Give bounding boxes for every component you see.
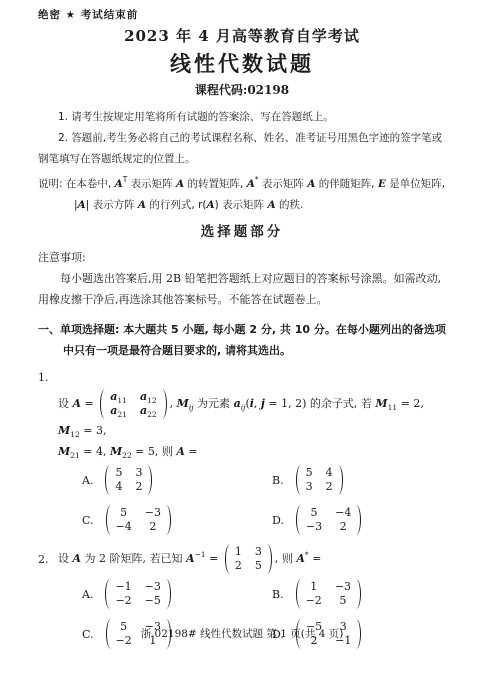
- right-paren: [147, 465, 152, 495]
- math-token: 12: [70, 430, 80, 439]
- question-1-statement-cont: M21 = 4, M22 = 5, 则 A =: [58, 441, 446, 462]
- instruction-item-1: 1. 请考生按规定用笔将所有试题的答案涂、写在答题纸上。: [38, 107, 446, 128]
- math-token: ,: [170, 397, 177, 410]
- matrix-cell: 1: [235, 545, 242, 559]
- note-content: 在本卷中, AT 表示矩阵 A 的转置矩阵, A* 表示矩阵 A 的伴随矩阵, …: [66, 178, 445, 211]
- matrix-cell: 3: [135, 466, 142, 480]
- note-label: 说明:: [38, 178, 66, 190]
- matrix-cell: a12: [140, 390, 157, 404]
- option-matrix: 5432: [293, 464, 346, 496]
- matrix-cells: a11a12a21a22: [105, 388, 161, 420]
- matrix-cells: −1−3−2−5: [110, 578, 165, 610]
- right-paren: [166, 505, 171, 535]
- security-label: 绝密 ★ 考试结束前: [38, 8, 446, 23]
- math-token: =: [81, 397, 97, 410]
- right-paren: [338, 465, 343, 495]
- matrix-cells: 5342: [110, 464, 147, 496]
- matrix-cell: −1: [115, 580, 131, 594]
- question-1-option-a: A.5342: [82, 464, 272, 496]
- matrix-cell: 2: [235, 559, 242, 573]
- math-token: A: [73, 552, 82, 565]
- question-2-statement-text: 设 A 为 2 阶矩阵, 若已知 A−1 = 1325, 则 A* =: [58, 543, 321, 575]
- math-token: 设: [58, 552, 73, 565]
- right-paren: [166, 579, 171, 609]
- matrix: 5−4−32: [296, 504, 361, 536]
- option-matrix: 5−3−42: [103, 504, 174, 536]
- right-paren: [356, 505, 361, 535]
- math-token: A: [207, 199, 215, 211]
- matrix-cell: −5: [145, 594, 161, 608]
- math-token: | 表示方阵: [86, 199, 138, 211]
- matrix-cell: 4: [326, 466, 333, 480]
- math-token: = 3,: [80, 424, 107, 437]
- math-token: A: [138, 199, 146, 211]
- math-token: −1: [195, 550, 206, 559]
- question-1-statement: 1.设 A = a11a12a21a22, Mij 为元素 aij(i, j =…: [58, 367, 446, 441]
- matrix: 1325: [225, 543, 272, 575]
- matrix-cell: −3: [335, 580, 351, 594]
- right-paren: [162, 389, 167, 419]
- question-2-number: 2.: [38, 549, 58, 570]
- math-token: =: [185, 445, 198, 458]
- math-token: 21: [70, 451, 80, 460]
- section-title: 选择题部分: [38, 222, 446, 242]
- math-token: A: [296, 552, 305, 565]
- option-label: A.: [82, 470, 93, 491]
- math-token: M: [375, 397, 387, 410]
- option-label: A.: [82, 584, 93, 605]
- math-token: , 则: [275, 552, 297, 565]
- matrix-cell: 3: [255, 545, 262, 559]
- matrix-cell: 3: [306, 480, 313, 494]
- math-token: 在本卷中,: [66, 178, 115, 190]
- right-paren: [356, 579, 361, 609]
- math-token: 22: [147, 410, 157, 419]
- question-1: 1.设 A = a11a12a21a22, Mij 为元素 aij(i, j =…: [38, 367, 446, 536]
- matrix-cell: a11: [110, 390, 127, 404]
- matrix-cell: 5: [115, 466, 122, 480]
- math-token: A: [115, 178, 123, 190]
- matrix: −1−3−2−5: [105, 578, 170, 610]
- question-1-option-b: B.5432: [272, 464, 446, 496]
- math-token: M: [58, 424, 70, 437]
- matrix-cell: 2: [135, 480, 142, 494]
- math-token: 的转置矩阵,: [184, 178, 247, 190]
- matrix-cell: 2: [326, 480, 333, 494]
- option-matrix: 1−3−25: [293, 578, 364, 610]
- matrix-cell: 5: [306, 506, 322, 520]
- math-token: A: [176, 445, 185, 458]
- math-token: 表示矩阵: [259, 178, 308, 190]
- math-token: 22: [122, 451, 132, 460]
- matrix-cell: −3: [306, 520, 322, 534]
- math-token: 为 2 阶矩阵, 若已知: [81, 552, 186, 565]
- math-token: M: [177, 397, 189, 410]
- math-token: = 4,: [80, 445, 110, 458]
- question-2-option-a: A.−1−3−2−5: [82, 578, 272, 610]
- question-1-option-d: D.5−4−32: [272, 504, 446, 536]
- notice-body: 每小题选出答案后,用 2B 铅笔把答题纸上对应题目的答案标号涂黑。如需改动,用橡…: [38, 268, 446, 310]
- course-code: 课程代码:02198: [38, 81, 446, 99]
- math-token: 为元素: [194, 397, 234, 410]
- matrix-cell: −2: [306, 594, 322, 608]
- matrix-cell: 5: [255, 559, 262, 573]
- page-footer: 浙 02198# 线性代数试题 第 1 页(共 4 页): [0, 626, 484, 642]
- matrix-cell: 5: [116, 506, 132, 520]
- matrix-cell: −2: [115, 594, 131, 608]
- option-label: B.: [272, 470, 284, 491]
- matrix-cell: −4: [335, 506, 351, 520]
- part1-heading: 一、单项选择题: 本大题共 5 小题, 每小题 2 分, 共 10 分。在每小题…: [38, 320, 446, 361]
- math-token: A: [73, 397, 82, 410]
- math-token: ) 表示矩阵: [215, 199, 268, 211]
- question-2-statement: 2.设 A 为 2 阶矩阵, 若已知 A−1 = 1325, 则 A* =: [58, 542, 446, 576]
- exam-paper-page: 绝密 ★ 考试结束前 2023 年 4 月高等教育自学考试 线性代数试题 课程代…: [0, 0, 484, 674]
- math-token: M: [58, 445, 70, 458]
- matrix-cells: 1325: [230, 543, 267, 575]
- math-token: A: [78, 199, 86, 211]
- matrix-cell: a22: [140, 404, 157, 418]
- matrix-cells: 5432: [301, 464, 338, 496]
- matrix: 5342: [105, 464, 152, 496]
- option-matrix: −1−3−2−5: [102, 578, 173, 610]
- math-token: = 1, 2) 的余子式, 若: [265, 397, 375, 410]
- math-token: A: [247, 178, 255, 190]
- math-token: 11: [388, 403, 398, 412]
- matrix: a11a12a21a22: [100, 388, 166, 420]
- math-token: E: [378, 178, 386, 190]
- notation-note: 说明: 在本卷中, AT 表示矩阵 A 的转置矩阵, A* 表示矩阵 A 的伴随…: [38, 174, 446, 216]
- notice-heading: 注意事项:: [38, 248, 446, 268]
- instruction-item-2: 2. 答题前,考生务必将自己的考试课程名称、姓名、准考证号用黑色字迹的签字笔或钢…: [38, 128, 446, 170]
- exam-session-title: 2023 年 4 月高等教育自学考试: [38, 25, 446, 47]
- math-token: 的秩.: [276, 199, 304, 211]
- math-token: 的伴随矩阵,: [315, 178, 378, 190]
- math-token: A: [267, 199, 275, 211]
- question-1-number: 1.: [38, 367, 58, 388]
- option-label: D.: [272, 510, 284, 531]
- math-token: =: [206, 552, 222, 565]
- matrix: 5432: [296, 464, 343, 496]
- math-token: =: [309, 552, 322, 565]
- matrix-cell: 5: [306, 466, 313, 480]
- matrix-cell: −4: [116, 520, 132, 534]
- math-token: A: [176, 178, 184, 190]
- matrix-cell: a21: [110, 404, 127, 418]
- matrix-cells: 5−3−42: [111, 504, 166, 536]
- math-token: 表示矩阵: [127, 178, 176, 190]
- matrix: 5−3−42: [106, 504, 171, 536]
- matrix-cell: 4: [115, 480, 122, 494]
- matrix-cell: 1: [306, 580, 322, 594]
- question-1-option-c: C.5−3−42: [82, 504, 272, 536]
- math-token: M: [110, 445, 122, 458]
- math-token: 的行列式, r(: [146, 199, 206, 211]
- question-1-options: A.5342 B.5432 C.5−3−42 D.5−4−32: [82, 464, 446, 536]
- matrix-cell: 5: [335, 594, 351, 608]
- math-token: = 5, 则: [132, 445, 177, 458]
- matrix-cells: 5−4−32: [301, 504, 356, 536]
- math-token: 21: [117, 410, 127, 419]
- matrix-cell: −3: [145, 506, 161, 520]
- option-matrix: 5342: [102, 464, 155, 496]
- math-token: 设: [58, 397, 73, 410]
- option-matrix: 5−4−32: [293, 504, 364, 536]
- matrix: 1−3−25: [296, 578, 361, 610]
- math-token: A: [186, 552, 195, 565]
- math-token: ,: [254, 397, 261, 410]
- question-1-statement-text: 设 A = a11a12a21a22, Mij 为元素 aij(i, j = 1…: [58, 388, 446, 441]
- option-label: B.: [272, 584, 284, 605]
- matrix-cell: −3: [145, 580, 161, 594]
- right-paren: [267, 544, 272, 574]
- matrix-cells: 1−3−25: [301, 578, 356, 610]
- option-label: C.: [82, 510, 94, 531]
- question-2-option-b: B.1−3−25: [272, 578, 446, 610]
- matrix-cell: 2: [145, 520, 161, 534]
- matrix-cell: 2: [335, 520, 351, 534]
- subject-title: 线性代数试题: [38, 50, 446, 78]
- math-token: a: [234, 397, 241, 410]
- math-token: = 2,: [397, 397, 424, 410]
